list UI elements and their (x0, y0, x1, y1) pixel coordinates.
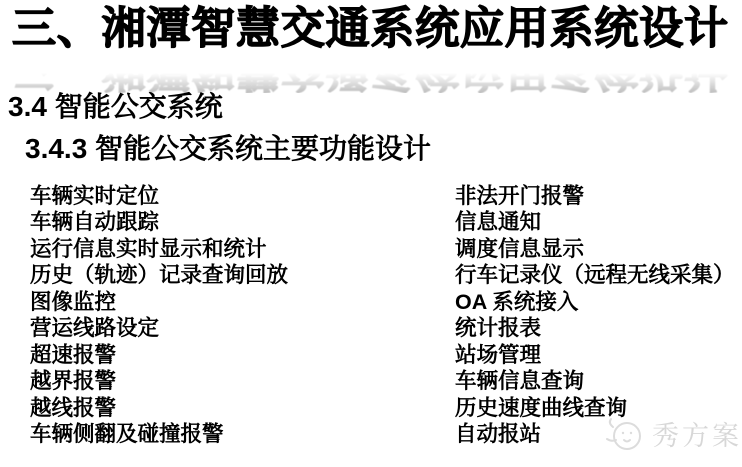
slide-title: 三、湘潭智慧交通系统应用系统设计 (12, 5, 729, 53)
feature-item: 站场管理 (455, 342, 735, 368)
feature-item: 历史（轨迹）记录查询回放 (30, 262, 288, 288)
watermark: 秀方案 (603, 414, 742, 453)
watermark-label: 秀方案 (652, 414, 742, 453)
feature-item: 车辆实时定位 (30, 183, 288, 209)
presentation-slide: 三、湘潭智慧交通系统应用系统设计 三、湘潭智慧交通系统应用系统设计 3.4 智能… (0, 0, 742, 467)
section-heading: 3.4 智能公交系统 (8, 90, 223, 124)
feature-item: 超速报警 (30, 342, 288, 368)
smiley-face-logo-icon (603, 415, 647, 453)
feature-item: 行车记录仪（远程无线采集） (455, 262, 735, 288)
feature-item: 越线报警 (30, 395, 288, 421)
feature-item: OA 系统接入 (455, 289, 735, 315)
features-left-list: 车辆实时定位车辆自动跟踪运行信息实时显示和统计历史（轨迹）记录查询回放图像监控营… (30, 183, 288, 448)
feature-item: 调度信息显示 (455, 236, 735, 262)
feature-item: 统计报表 (455, 315, 735, 341)
feature-item: 图像监控 (30, 289, 288, 315)
feature-item: 运行信息实时显示和统计 (30, 236, 288, 262)
features-right-list: 非法开门报警信息通知调度信息显示行车记录仪（远程无线采集）OA 系统接入统计报表… (455, 183, 735, 448)
feature-item: 非法开门报警 (455, 183, 735, 209)
feature-item: 越界报警 (30, 368, 288, 394)
feature-item: 信息通知 (455, 209, 735, 235)
subsection-heading: 3.4.3 智能公交系统主要功能设计 (25, 132, 431, 166)
slide-title-block: 三、湘潭智慧交通系统应用系统设计 三、湘潭智慧交通系统应用系统设计 (12, 5, 729, 93)
feature-item: 车辆自动跟踪 (30, 209, 288, 235)
feature-item: 车辆信息查询 (455, 368, 735, 394)
feature-item: 车辆侧翻及碰撞报警 (30, 421, 288, 447)
feature-item: 营运线路设定 (30, 315, 288, 341)
